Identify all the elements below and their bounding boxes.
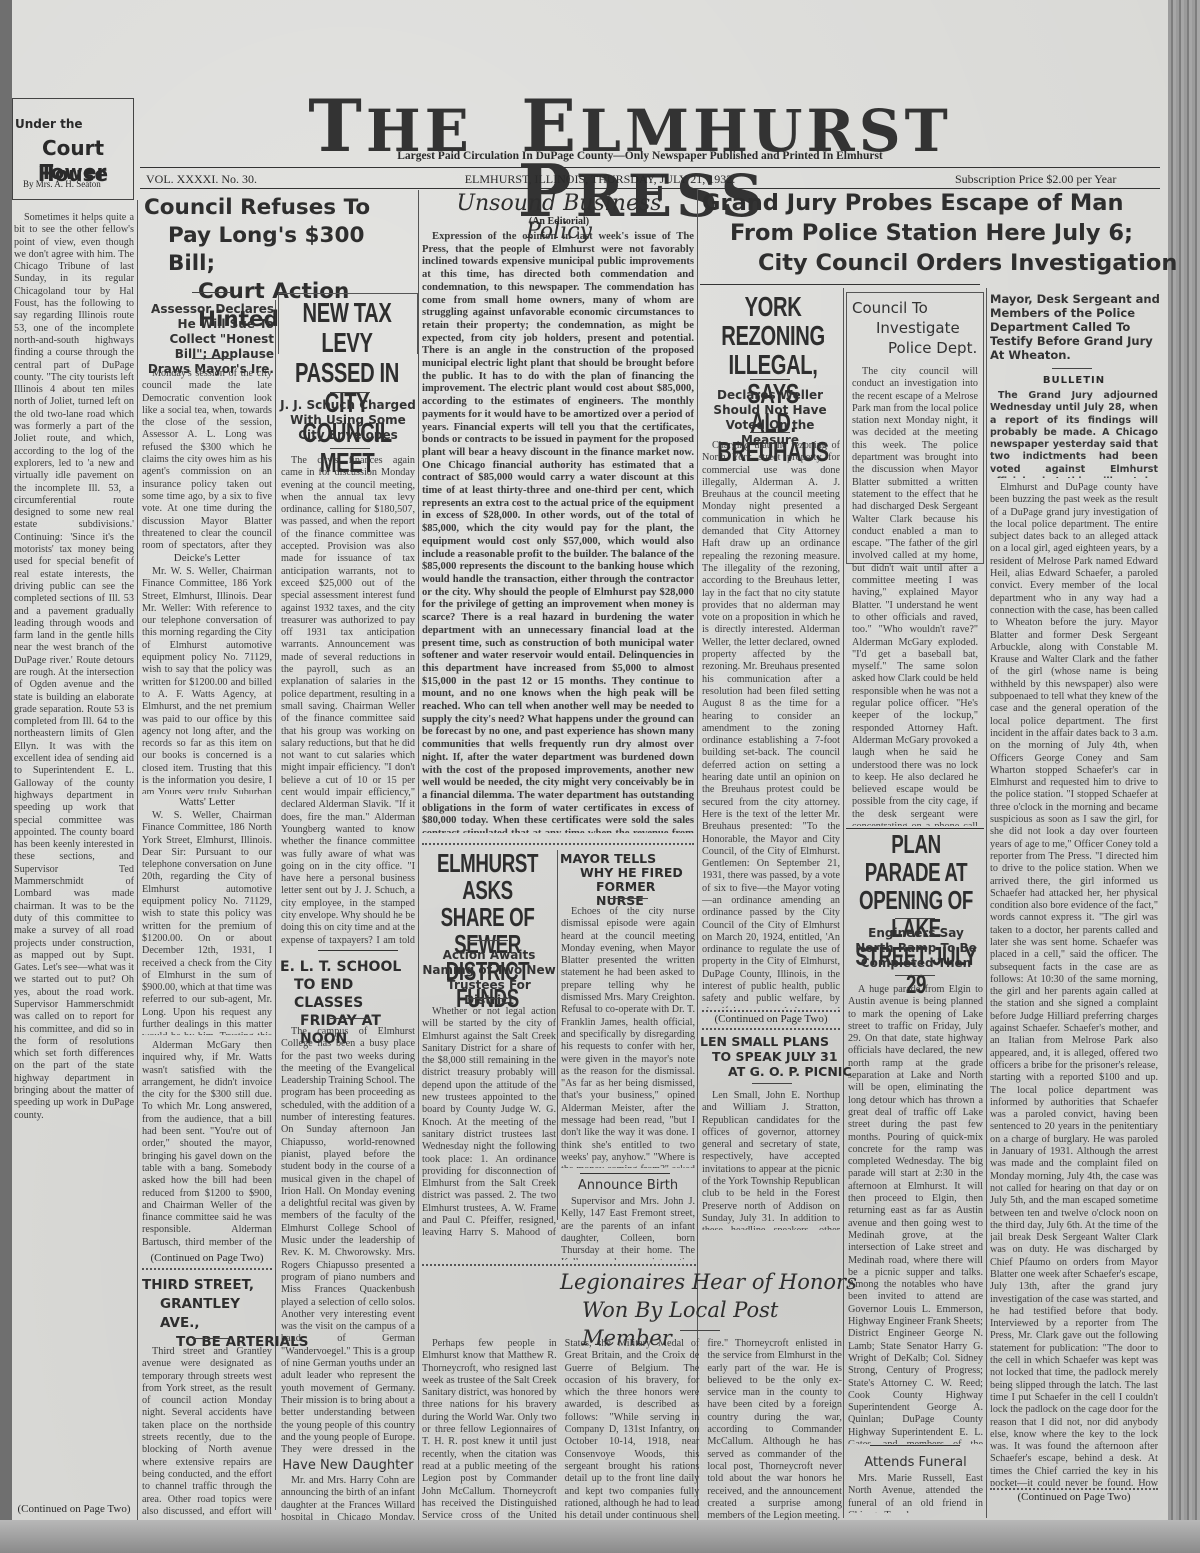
divider	[330, 392, 370, 393]
rule	[700, 284, 980, 285]
letter-body-watts: W. S. Weller, Chairman Finance Committee…	[142, 810, 272, 1035]
bulletin-body: The Grand Jury adjourned Wednesday until…	[990, 390, 1158, 478]
article-body-elt-school: The campus of Elmhurst College has been …	[281, 1026, 415, 1456]
continued-notice: (Continued on Page Two)	[990, 1491, 1158, 1503]
continued-notice: (Continued on Page Two)	[142, 1252, 272, 1264]
column-rule	[557, 850, 558, 1220]
column-rule	[137, 200, 138, 1520]
article-body-grand-jury: Elmhurst and DuPage county have been buz…	[990, 482, 1158, 1486]
masthead-tagline: Largest Paid Circulation In DuPage Count…	[340, 150, 940, 162]
page-bottom-shadow	[0, 1520, 1200, 1553]
article-body-york-rezoning: Charging that the rezoning of North York…	[702, 440, 840, 1008]
deck-grand-jury: Mayor, Desk Sergeant and Members of the …	[990, 292, 1160, 362]
letter-title-deicke: Deicke's Letter	[142, 552, 272, 564]
headline-new-tax-levy: NEW TAX LEVY PASSED IN CITY COUNCIL MEET	[286, 298, 408, 478]
divider	[752, 1083, 792, 1084]
divider	[870, 1445, 960, 1446]
deck-tax-levy: J. J. Schuch Charged With Using Some Cit…	[280, 398, 416, 443]
letter-body-deicke: Mr. W. S. Weller, Chairman Finance Commi…	[142, 566, 272, 794]
headline-new-daughter: Have New Daughter	[281, 1458, 415, 1473]
headline-council-investigate: Council To Investigate Police Dept.	[852, 298, 982, 358]
divider	[330, 1018, 370, 1019]
headline-third-street: THIRD STREET, GRANTLEY AVE., TO BE ARTER…	[142, 1276, 276, 1352]
headline-announce-birth: Announce Birth	[560, 1178, 696, 1193]
headline-grand-jury: Grand Jury Probes Escape of Man From Pol…	[700, 188, 1160, 278]
deck-york-rezoning: Declares Weller Should Not Have Voted On…	[700, 388, 840, 448]
divider	[330, 448, 370, 449]
article-body-legionaires: Perhaps few people in Elmhurst know that…	[422, 1338, 842, 1523]
editorial-subhead: (An Editorial)	[420, 216, 698, 227]
article-body-council-investigate: The city council will conduct an investi…	[852, 366, 978, 826]
article-body-plan-parade: A huge parade from Elgin to Austin avenu…	[848, 984, 983, 1444]
headline-attends-funeral: Attends Funeral	[848, 1455, 983, 1470]
article-body-council: Monday's session of the city council mad…	[142, 368, 272, 550]
page-stack-edge	[1168, 0, 1200, 1553]
letter-title-watts: Watts' Letter	[142, 796, 272, 808]
headline-len-small: LEN SMALL PLANS TO SPEAK JULY 31 AT G. O…	[700, 1034, 845, 1079]
ear-article-body: Sometimes it helps quite a bit to see th…	[14, 212, 134, 1502]
divider	[468, 998, 508, 999]
article-body-new-daughter: Mr. and Mrs. Harry Cohn are announcing t…	[281, 1475, 415, 1525]
binding-edge	[0, 0, 12, 1553]
divider	[895, 975, 935, 976]
continued-notice: (Continued on Page Two)	[702, 1013, 840, 1025]
divider	[192, 1338, 232, 1339]
ear-kicker: Under the	[15, 117, 83, 131]
divider	[1052, 368, 1092, 369]
bulletin-label: BULLETIN	[990, 375, 1158, 386]
column-rule	[986, 288, 987, 1518]
divider	[468, 940, 508, 941]
divider	[680, 1330, 720, 1331]
column-rule	[418, 190, 419, 1520]
deck-plan-parade: Engineers Say North Ramp To Be Completed…	[848, 926, 984, 971]
article-body-editorial: Expression of the opinion in last week's…	[422, 231, 694, 833]
divider	[750, 432, 790, 433]
divider	[895, 918, 935, 919]
divider	[702, 1028, 840, 1033]
article-body-third-street: Third street and Grantley avenue were de…	[142, 1346, 272, 1516]
subscription-price: Subscription Price $2.00 per Year	[955, 172, 1116, 187]
continued-notice: (Continued on Page Two)	[14, 1503, 134, 1515]
divider	[608, 898, 648, 899]
deck-council-refuses: Assessor Declares He Will Sue To Collect…	[142, 302, 274, 377]
article-body-funeral: Mrs. Marie Russell, East North Avenue, a…	[848, 1473, 983, 1513]
article-body-len-small: Len Small, John E. Northup and William J…	[702, 1090, 840, 1230]
divider	[142, 1268, 272, 1273]
headline-plan-parade: PLAN PARADE AT OPENING OF LAKE STREET JU…	[851, 830, 981, 998]
divider	[192, 292, 232, 293]
article-body-council-cont: Alderman McGary then inquired why, if Mr…	[142, 1040, 272, 1248]
headline-mayor-tells: MAYOR TELLS WHY HE FIRED FORMER NURSE	[560, 852, 696, 908]
article-body-tax-levy: The city's finances again came in for di…	[281, 455, 415, 947]
deck-sewer: Action Awaits Naming of Two New Trustees…	[422, 948, 556, 1008]
article-body-sewer: Whether or not legal action will be star…	[422, 1006, 556, 1236]
divider	[318, 950, 398, 951]
rule	[140, 167, 1160, 168]
article-body-mayor-tells: Echoes of the city nurse dismissal episo…	[561, 906, 695, 1168]
divider	[580, 1173, 670, 1174]
article-body-birth: Supervisor and Mrs. John J. Kelly, 147 E…	[561, 1196, 695, 1260]
divider	[750, 379, 790, 380]
divider	[192, 358, 232, 359]
